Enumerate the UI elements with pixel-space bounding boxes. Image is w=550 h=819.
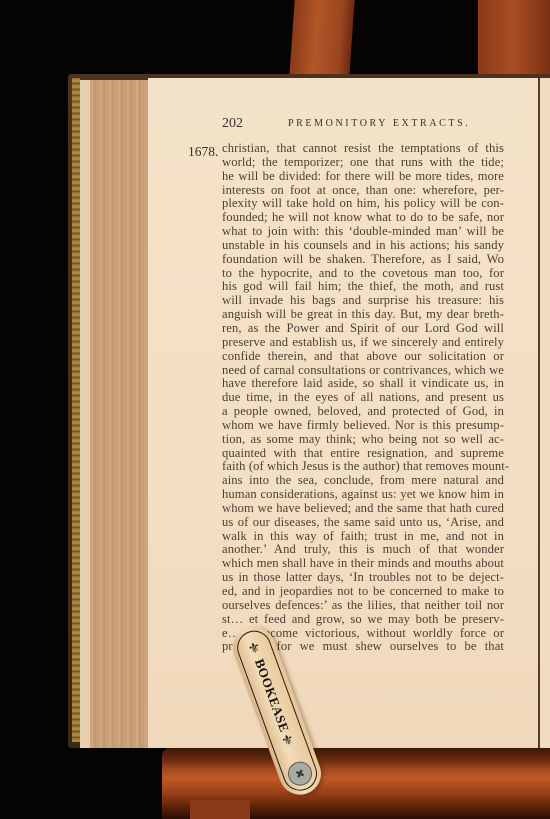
text-line: what to join with: this ‘double-minded m… <box>222 225 504 239</box>
text-line: another.’ And truly, this is much of tha… <box>222 543 504 557</box>
year-marker: 1678. <box>188 144 218 160</box>
text-line: us of our diseases, the same said unto u… <box>222 516 504 530</box>
text-line: tion, as some may think; who being not s… <box>222 433 504 447</box>
text-line: he will be divided: for there will be mo… <box>222 170 504 184</box>
text-line: to the hypocrite, and to the covetous ma… <box>222 267 504 281</box>
text-line: interests on foot at once, than one: whe… <box>222 184 504 198</box>
text-line: st… et feed and grow, so we may both be … <box>222 613 504 627</box>
text-line: will invade his bags and surprise his tr… <box>222 294 504 308</box>
text-line: christian, that cannot resist the tempta… <box>222 142 504 156</box>
text-line: confide therein, and that above our soli… <box>222 350 504 364</box>
text-line: ains into the sea, conclude, from mere n… <box>222 474 504 488</box>
text-line: whom we have believed; and the same that… <box>222 502 504 516</box>
text-line: faith (of which Jesus is the author) tha… <box>222 460 504 474</box>
text-line: walk in this way of faith; trust in me, … <box>222 530 504 544</box>
text-line: his god will fail him; the thief, the mo… <box>222 280 504 294</box>
text-line: a people owned, beloved, and protected o… <box>222 405 504 419</box>
text-line: whom we have firmly believed. Nor is thi… <box>222 419 504 433</box>
text-line: founded; he will not know what to do to … <box>222 211 504 225</box>
text-line: due time, in the eyes of all nations, an… <box>222 391 504 405</box>
text-line: plexity will take hold on him, his polic… <box>222 197 504 211</box>
stand-post-left <box>289 0 354 76</box>
gilt-edge <box>72 78 80 742</box>
text-line: us in those latter days, ‘In troubles no… <box>222 571 504 585</box>
text-line: world; the temporizer; one that runs wit… <box>222 156 504 170</box>
text-line: ed, and in jeopardies not to be concerne… <box>222 585 504 599</box>
page-number: 202 <box>222 116 243 132</box>
text-line: ourselves defences:’ as the lilies, that… <box>222 599 504 613</box>
page-block-edge <box>80 80 148 748</box>
text-line: human considerations, against us: yet we… <box>222 488 504 502</box>
facing-page-edge <box>538 78 550 748</box>
text-line: foundation will be shaken. Therefore, as… <box>222 253 504 267</box>
page-header: 202 PREMONITORY EXTRACTS. <box>222 116 522 134</box>
stand-post-right <box>478 0 550 76</box>
text-line: which men shall have in their minds and … <box>222 557 504 571</box>
text-line: quainted with that entire resignation, a… <box>222 447 504 461</box>
running-head: PREMONITORY EXTRACTS. <box>288 118 470 129</box>
text-line: ren, as the Power and Spirit of our Lord… <box>222 322 504 336</box>
text-line: need of carnal consultations or contriva… <box>222 364 504 378</box>
text-line: preserve and establish us, if we sincere… <box>222 336 504 350</box>
text-line: unstable in his counsels and in his acti… <box>222 239 504 253</box>
body-text: christian, that cannot resist the tempta… <box>222 142 504 654</box>
text-line: anguish will be great in this day. But, … <box>222 308 504 322</box>
book-stand-leg <box>190 800 250 819</box>
text-line: have therefore laid aside, so shall it v… <box>222 377 504 391</box>
